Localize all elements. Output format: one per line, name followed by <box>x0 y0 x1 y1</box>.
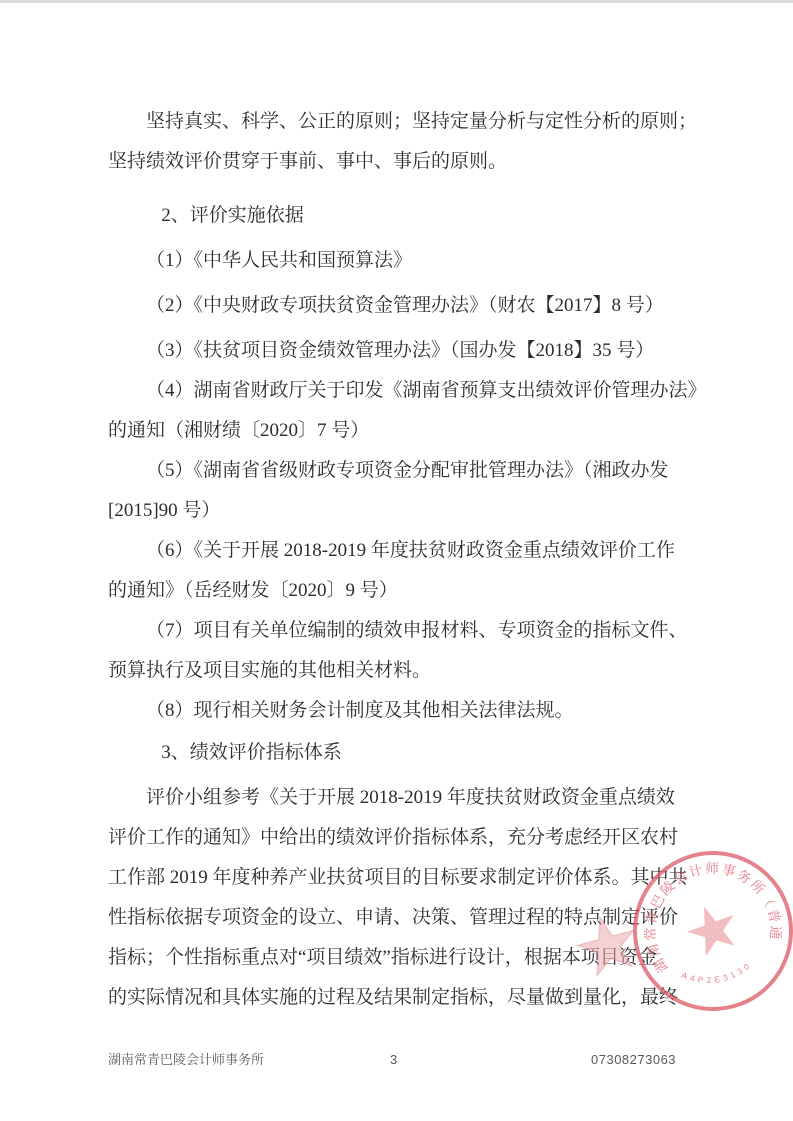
indicator-system-paragraph: 评价小组参考《关于开展 2018-2019 年度扶贫财政资金重点绩效 评价工作的… <box>108 778 718 1018</box>
basis-item-3: （3）《扶贫项目资金绩效管理办法》（国办发【2018】35 号） <box>108 331 718 371</box>
basis-item-7: （7）项目有关单位编制的绩效申报材料、专项资金的指标文件、 预算执行及项目实施的… <box>108 611 718 691</box>
footer-phone-number: 07308273063 <box>591 1051 676 1069</box>
document-page: 坚持真实、科学、公正的原则；坚持定量分析与定性分析的原则； 坚持绩效评价贯穿于事… <box>0 0 793 1121</box>
footer-page-number: 3 <box>390 1051 397 1069</box>
section-heading-indicator-system: 3、绩效评价指标体系 <box>108 733 718 773</box>
footer-company-name: 湖南常青巴陵会计师事务所 <box>108 1051 264 1069</box>
document-body: 坚持真实、科学、公正的原则；坚持定量分析与定性分析的原则； 坚持绩效评价贯穿于事… <box>108 102 718 1018</box>
basis-item-1: （1）《中华人民共和国预算法》 <box>108 241 718 281</box>
basis-item-5: （5）《湖南省省级财政专项资金分配审批管理办法》（湘政办发 [2015]90 号… <box>108 451 718 531</box>
basis-item-2: （2）《中央财政专项扶贫资金管理办法》（财农【2017】8 号） <box>108 286 718 326</box>
section-heading-evaluation-basis: 2、评价实施依据 <box>108 196 718 236</box>
basis-item-4: （4）湖南省财政厅关于印发《湖南省预算支出绩效评价管理办法》 的通知（湘财绩〔2… <box>108 371 718 451</box>
principles-paragraph: 坚持真实、科学、公正的原则；坚持定量分析与定性分析的原则； 坚持绩效评价贯穿于事… <box>108 102 718 182</box>
basis-item-8: （8）现行相关财务会计制度及其他相关法律法规。 <box>108 691 718 731</box>
basis-item-6: （6）《关于开展 2018-2019 年度扶贫财政资金重点绩效评价工作 的通知》… <box>108 531 718 611</box>
